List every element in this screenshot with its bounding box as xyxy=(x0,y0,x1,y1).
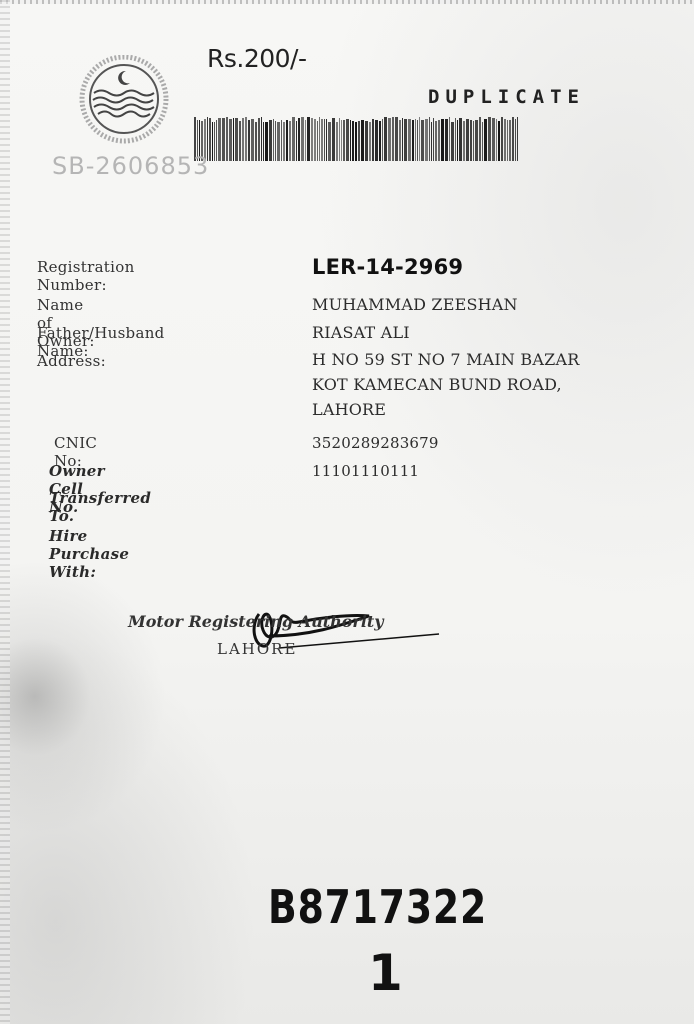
cnic-value: 3520289283679 xyxy=(312,434,439,452)
owner-name-value: MUHAMMAD ZEESHAN xyxy=(312,295,518,314)
owner-cell-value: 11101110111 xyxy=(312,462,419,480)
duplicate-stamp: DUPLICATE xyxy=(428,86,585,108)
barcode-icon xyxy=(194,117,578,161)
registration-certificate-page: Rs.200/- DUPLICATE SB-2606853 Registrati… xyxy=(0,0,694,1024)
field-label-transferred-to: Transferred To. xyxy=(49,489,151,525)
field-label-registration-number: Registration Number: xyxy=(37,258,135,294)
field-label-address: Address: xyxy=(37,352,106,370)
page-number: 1 xyxy=(368,944,403,1002)
address-line-3: LAHORE xyxy=(312,400,386,419)
issuing-city: LAHORE xyxy=(217,640,297,658)
registration-number-value: LER-14-2969 xyxy=(312,255,463,279)
serial-number: SB-2606853 xyxy=(52,152,209,180)
punjab-government-emblem-icon xyxy=(76,55,172,145)
father-name-value: RIASAT ALI xyxy=(312,323,410,342)
issuing-authority: Motor Registering Authority xyxy=(128,612,384,631)
address-line-2: KOT KAMECAN BUND ROAD, xyxy=(312,375,562,394)
address-line-1: H NO 59 ST NO 7 MAIN BAZAR xyxy=(312,350,579,369)
book-number: B8717322 xyxy=(268,880,487,934)
field-label-hire-purchase: Hire Purchase With: xyxy=(49,527,129,581)
scan-edge-top xyxy=(0,0,694,4)
scan-edge-left xyxy=(0,0,10,1024)
stamp-price: Rs.200/- xyxy=(207,44,307,73)
